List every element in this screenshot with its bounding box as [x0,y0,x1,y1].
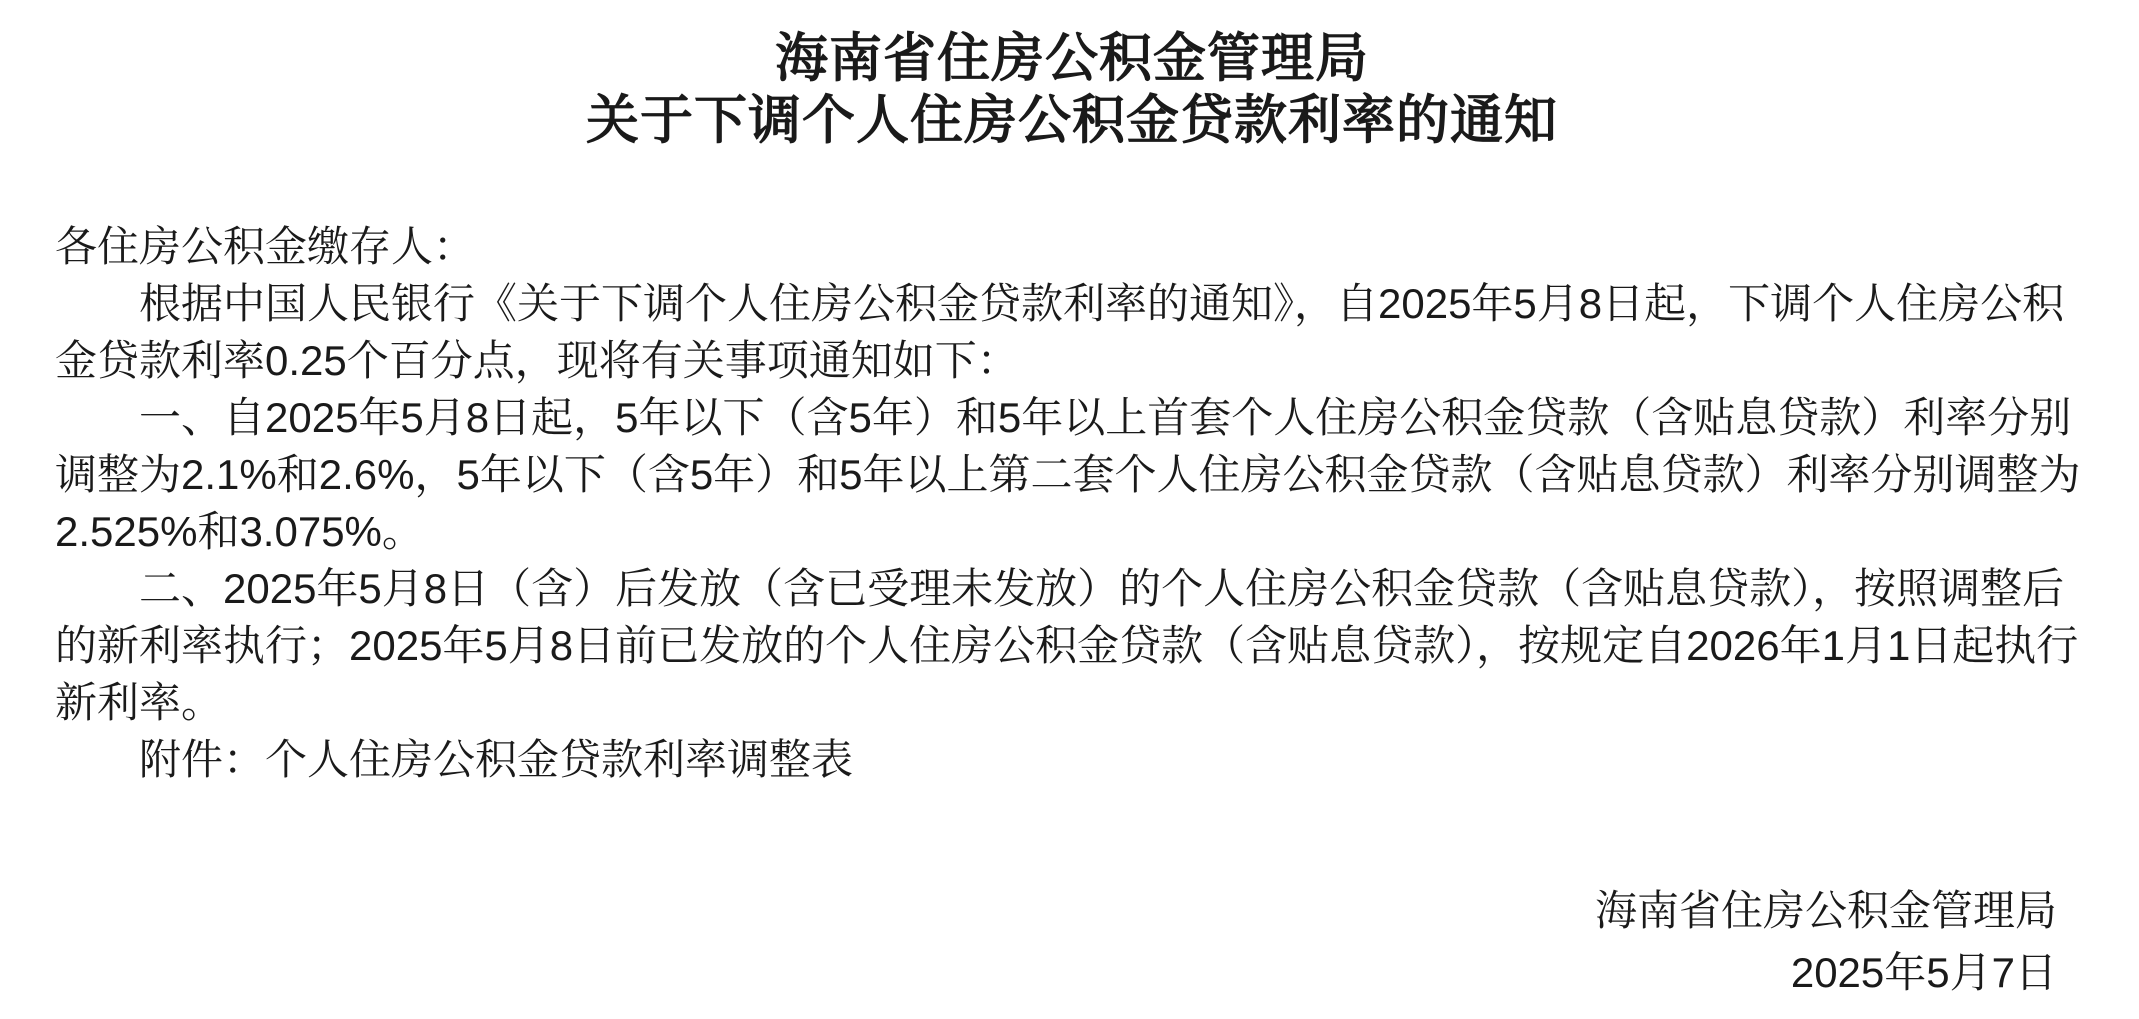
title-subject: 关于下调个人住房公积金贷款利率的通知 [55,90,2089,152]
signature-organization: 海南省住房公积金管理局 [55,880,2057,942]
document-title: 海南省住房公积金管理局 关于下调个人住房公积金贷款利率的通知 [55,28,2089,152]
salutation: 各住房公积金缴存人： [55,218,2089,275]
paragraph-intro: 根据中国人民银行《关于下调个人住房公积金贷款利率的通知》，自2025年5月8日起… [55,275,2089,389]
document-body: 各住房公积金缴存人： 根据中国人民银行《关于下调个人住房公积金贷款利率的通知》，… [55,218,2089,788]
paragraph-item-one: 一、自2025年5月8日起，5年以下（含5年）和5年以上首套个人住房公积金贷款（… [55,389,2089,560]
paragraph-item-two: 二、2025年5月8日（含）后发放（含已受理未发放）的个人住房公积金贷款（含贴息… [55,560,2089,731]
signature-date: 2025年5月7日 [55,942,2057,1004]
signature-block: 海南省住房公积金管理局 2025年5月7日 [55,880,2089,1004]
notice-document: 海南省住房公积金管理局 关于下调个人住房公积金贷款利率的通知 各住房公积金缴存人… [0,0,2139,1019]
title-organization: 海南省住房公积金管理局 [55,28,2089,90]
attachment-line: 附件：个人住房公积金贷款利率调整表 [55,731,2089,788]
